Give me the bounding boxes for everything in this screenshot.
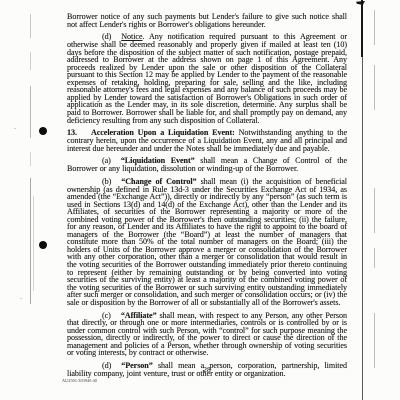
margin-bullet-mark xyxy=(39,127,47,135)
scan-speck xyxy=(20,298,22,299)
scanned-document-page: Borrower notice of any such payments but… xyxy=(0,0,400,400)
notice-body: . Any notification required pursuant to … xyxy=(67,32,347,124)
document-footer-id: AU2501:303940.40 xyxy=(62,378,97,383)
left-edge-scan-line xyxy=(30,52,31,70)
right-margin-scan-dash xyxy=(374,188,375,233)
left-edge-scan-line xyxy=(33,196,34,291)
paragraph-sub-c: (c)“Affiliate” shall mean, with respect … xyxy=(67,312,347,357)
right-edge-scan-line xyxy=(362,0,363,400)
continuation-text: Borrower notice of any such payments but… xyxy=(67,12,347,29)
paragraph-continuation: Borrower notice of any such payments but… xyxy=(67,13,347,28)
right-edge-scan-line-dark xyxy=(361,0,363,57)
left-edge-scan-line xyxy=(30,178,31,304)
sub-b-body: shall mean (i) the acquisition of benefi… xyxy=(67,177,347,307)
paragraph-notice: (d)Notice. Any notification required pur… xyxy=(67,33,347,124)
right-margin-scan-dash xyxy=(374,65,375,110)
paragraph-section-13: 13.Acceleration Upon a Liquidation Event… xyxy=(67,129,347,152)
margin-bullet-mark xyxy=(39,241,47,249)
left-edge-scan-line xyxy=(30,86,31,138)
left-edge-scan-line xyxy=(30,14,31,38)
left-edge-scan-line xyxy=(30,152,31,166)
right-margin-scan-dash xyxy=(374,10,375,45)
page-number: 28 xyxy=(67,365,347,374)
sub-c-body: shall mean, with respect to any Person, … xyxy=(67,311,347,358)
right-margin-scan-dash xyxy=(374,248,375,268)
paragraph-sub-b: (b)“Change of Control” shall mean (i) th… xyxy=(67,178,347,306)
document-text-column: Borrower notice of any such payments but… xyxy=(67,13,347,383)
right-margin-scan-dash xyxy=(374,313,375,368)
scan-speck xyxy=(14,128,16,129)
paragraph-sub-a: (a)“Liquidation Event” shall mean a Chan… xyxy=(67,157,347,172)
top-right-scan-notch xyxy=(356,1,365,5)
